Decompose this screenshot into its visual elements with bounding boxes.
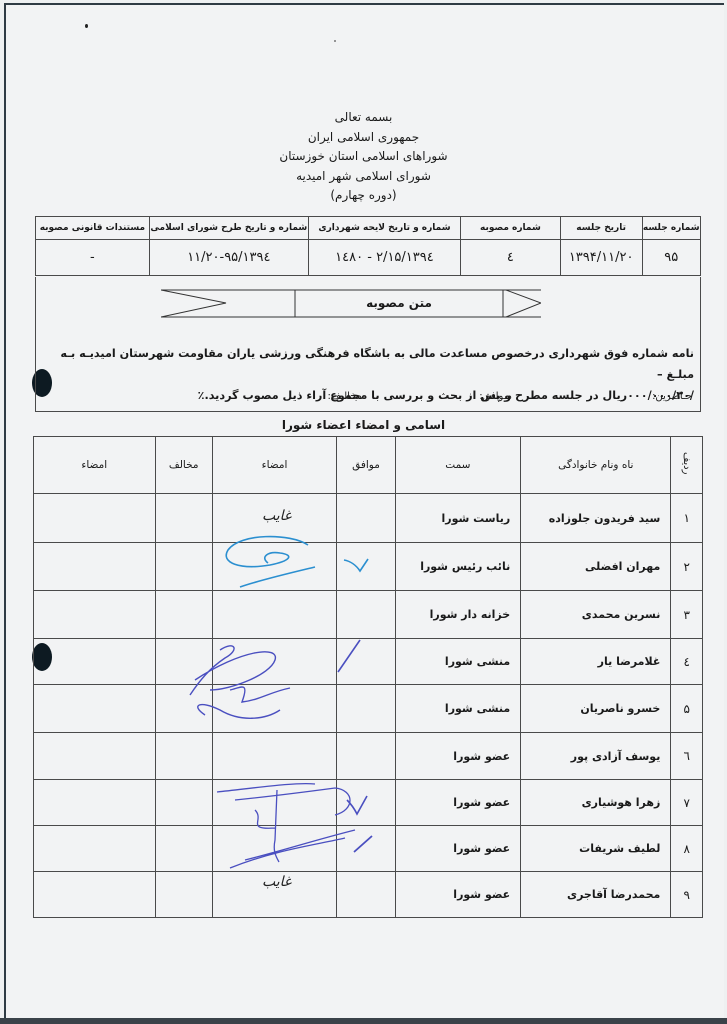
resolution-text-line1: نامه شماره فوق شهرداری درخصوص مساعدت مال… bbox=[34, 343, 694, 385]
member-name: مهران افضلی bbox=[521, 543, 671, 591]
header-session-date: تاریخ جلسه bbox=[560, 217, 642, 240]
oppose-cell bbox=[155, 872, 212, 918]
member-role: عضو شورا bbox=[395, 780, 521, 826]
oppose-cell bbox=[155, 780, 212, 826]
member-name: محمدرضا آقاجری bbox=[521, 872, 671, 918]
agree-cell bbox=[337, 826, 395, 872]
invocation: بسمه تعالی bbox=[0, 108, 727, 128]
row-index: ۳ bbox=[671, 591, 703, 639]
header-full-name: ناه ونام خانوادگی bbox=[521, 437, 671, 494]
session-date: ۱۳۹۴/۱۱/۲۰ bbox=[560, 240, 642, 276]
member-name: یوسف آزادی پور bbox=[521, 733, 671, 780]
member-role: عضو شورا bbox=[395, 826, 521, 872]
signature2-cell bbox=[34, 591, 156, 639]
agree-cell bbox=[337, 639, 395, 685]
member-name: سید فریدون جلوزاده bbox=[521, 494, 671, 543]
member-role: خزانه دار شورا bbox=[395, 591, 521, 639]
member-role: منشی شورا bbox=[395, 639, 521, 685]
member-role: ریاست شورا bbox=[395, 494, 521, 543]
oppose-cell bbox=[155, 685, 212, 733]
province-council: شوراهای اسلامی استان خوزستان bbox=[0, 147, 727, 167]
absent-note-row1: غایب bbox=[262, 508, 291, 524]
signature2-cell bbox=[34, 639, 156, 685]
member-row: ۲ مهران افضلی نائب رئیس شورا bbox=[34, 543, 703, 591]
header-row-number: ردیف bbox=[671, 437, 703, 494]
resolution-banner: متن مصوبه bbox=[221, 289, 481, 318]
signature-cell bbox=[212, 639, 337, 685]
row-index: ۹ bbox=[671, 872, 703, 918]
agree-cell bbox=[337, 780, 395, 826]
member-name: خسرو ناصریان bbox=[521, 685, 671, 733]
resolution-number: ٤ bbox=[461, 240, 561, 276]
session-number: ۹۵ bbox=[642, 240, 701, 276]
header-role: سمت bbox=[395, 437, 521, 494]
session-info-table: شماره جلسه تاریخ جلسه شماره مصوبه شماره … bbox=[35, 216, 701, 276]
signature-cell bbox=[212, 591, 337, 639]
members-title: اسامی و امضاء اعضاء شورا bbox=[0, 418, 727, 432]
scan-bottom-edge bbox=[0, 1018, 727, 1024]
member-row: ۹ محمدرضا آقاجری عضو شورا bbox=[34, 872, 703, 918]
session-info-header-row: شماره جلسه تاریخ جلسه شماره مصوبه شماره … bbox=[36, 217, 701, 240]
oppose-cell bbox=[155, 639, 212, 685]
row-index: ٦ bbox=[671, 733, 703, 780]
city-council: شورای اسلامی شهر امیدیه bbox=[0, 167, 727, 187]
signature2-cell bbox=[34, 494, 156, 543]
agree-cell bbox=[337, 685, 395, 733]
signature2-cell bbox=[34, 780, 156, 826]
row-index: ۷ bbox=[671, 780, 703, 826]
member-row: ٤ غلامرضا یار منشی شورا bbox=[34, 639, 703, 685]
resolution-section: متن مصوبه نامه شماره فوق شهرداری درخصوص … bbox=[35, 277, 701, 412]
row-index: ۲ bbox=[671, 543, 703, 591]
republic-name: جمهوری اسلامی ایران bbox=[0, 128, 727, 148]
member-role: منشی شورا bbox=[395, 685, 521, 733]
header-agree: موافق bbox=[337, 437, 395, 494]
session-info-value-row: ۹۵ ۱۳۹۴/۱۱/۲۰ ٤ ۱۳۹٤/۲/۱۵ - ۱٤۸۰ ۱۳۹٤/۱۱… bbox=[36, 240, 701, 276]
oppose-cell bbox=[155, 494, 212, 543]
signature2-cell bbox=[34, 872, 156, 918]
oppose-cell bbox=[155, 591, 212, 639]
agree-cell bbox=[337, 733, 395, 780]
agree-cell bbox=[337, 872, 395, 918]
row-index: ٤ bbox=[671, 639, 703, 685]
member-row: ۵ خسرو ناصریان منشی شورا bbox=[34, 685, 703, 733]
member-name: نسرین محمدی bbox=[521, 591, 671, 639]
member-role: نائب رئیس شورا bbox=[395, 543, 521, 591]
header-signature: امضاء bbox=[212, 437, 337, 494]
row-index: ۵ bbox=[671, 685, 703, 733]
agree-cell bbox=[337, 543, 395, 591]
oppose-cell bbox=[155, 826, 212, 872]
row-index: ۱ bbox=[671, 494, 703, 543]
member-name: زهرا هوشیاری bbox=[521, 780, 671, 826]
header-council-plan: شماره و تاریخ طرح شورای اسلامی bbox=[149, 217, 308, 240]
oppose-cell bbox=[155, 733, 212, 780]
member-role: عضو شورا bbox=[395, 733, 521, 780]
signature2-cell bbox=[34, 543, 156, 591]
council-plan: ۱۳۹٤/۱۱/۲۰-۹۵ bbox=[149, 240, 308, 276]
header-signature-2: امضاء bbox=[34, 437, 156, 494]
agree-cell bbox=[337, 591, 395, 639]
row-index: ۸ bbox=[671, 826, 703, 872]
letterhead: بسمه تعالی جمهوری اسلامی ایران شوراهای ا… bbox=[0, 108, 727, 206]
header-resolution-number: شماره مصوبه bbox=[461, 217, 561, 240]
signature-cell bbox=[212, 826, 337, 872]
signature-cell bbox=[212, 733, 337, 780]
header-session-number: شماره جلسه bbox=[642, 217, 701, 240]
member-row: ۸ لطیف شریفات عضو شورا bbox=[34, 826, 703, 872]
municipality-bill: ۱۳۹٤/۲/۱۵ - ۱٤۸۰ bbox=[308, 240, 460, 276]
speck bbox=[85, 24, 88, 28]
member-row: ۷ زهرا هوشیاری عضو شورا bbox=[34, 780, 703, 826]
signature-cell bbox=[212, 780, 337, 826]
member-name: غلامرضا یار bbox=[521, 639, 671, 685]
header-municipality-bill: شماره و تاریخ لایحه شهرداری bbox=[308, 217, 460, 240]
agree-cell bbox=[337, 494, 395, 543]
member-row: ۱ سید فریدون جلوزاده ریاست شورا bbox=[34, 494, 703, 543]
signature2-cell bbox=[34, 733, 156, 780]
oppose-cell bbox=[155, 543, 212, 591]
council-term: (دوره چهارم) bbox=[0, 186, 727, 206]
header-legal-basis: مستندات قانونی مصوبه bbox=[36, 217, 150, 240]
member-row: ۳ نسرین محمدی خزانه دار شورا bbox=[34, 591, 703, 639]
speck bbox=[334, 40, 336, 42]
member-role: عضو شورا bbox=[395, 872, 521, 918]
vote-summary: حـاضرین: مـوافق: مخالـف: bbox=[42, 391, 692, 402]
members-header-row: ردیف ناه ونام خانوادگی سمت موافق امضاء م… bbox=[34, 437, 703, 494]
council-members-table: ردیف ناه ونام خانوادگی سمت موافق امضاء م… bbox=[33, 436, 703, 918]
resolution-title: متن مصوبه bbox=[295, 289, 503, 318]
member-row: ٦ یوسف آزادی پور عضو شورا bbox=[34, 733, 703, 780]
signature2-cell bbox=[34, 826, 156, 872]
present-label: حـاضرین: bbox=[512, 391, 692, 402]
signature-cell bbox=[212, 543, 337, 591]
member-name: لطیف شریفات bbox=[521, 826, 671, 872]
absent-note-row9: غایب bbox=[262, 874, 291, 890]
signature2-cell bbox=[34, 685, 156, 733]
legal-basis: - bbox=[36, 240, 150, 276]
agree-label: مـوافق: bbox=[362, 391, 512, 402]
signature-cell bbox=[212, 685, 337, 733]
oppose-label: مخالـف: bbox=[327, 391, 362, 402]
header-oppose: مخالف bbox=[155, 437, 212, 494]
